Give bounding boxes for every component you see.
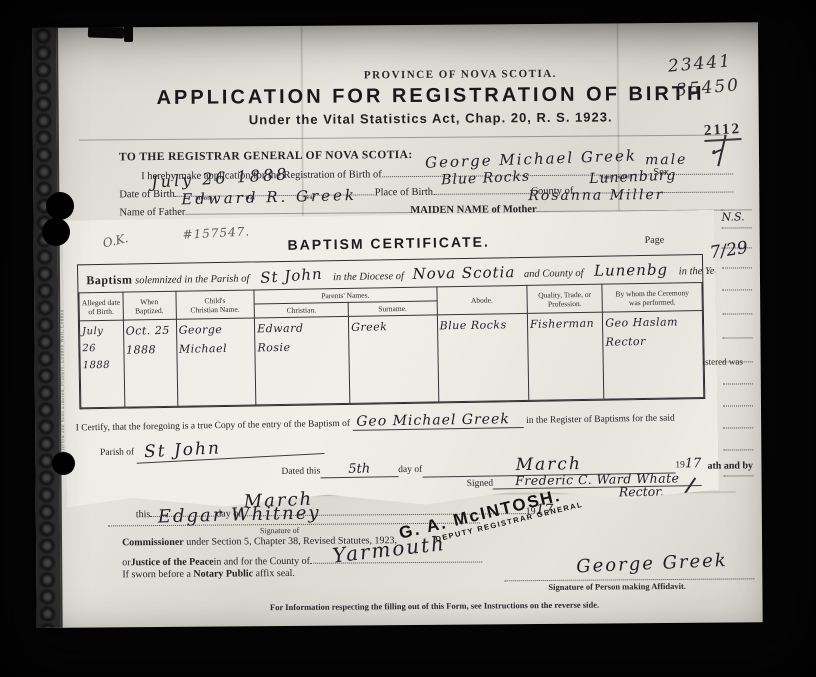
col-header-abode: Abode.	[436, 285, 527, 314]
solemnized-text: solemnized in the Parish of	[135, 274, 249, 287]
punch-hole	[42, 218, 70, 246]
cell-quality: Fisherman	[527, 312, 604, 400]
mother-value-handwriting: Rosanna Miller	[528, 187, 664, 204]
commissioner-bold: Commissioner	[122, 537, 184, 548]
baptism-word: Baptism	[86, 272, 132, 287]
signed-label: Signed	[467, 479, 494, 489]
punch-hole	[52, 452, 75, 475]
affidavit-caption: Signature of Person making Affidavit.	[548, 581, 686, 592]
edge-fragment-ns: N.S.	[721, 210, 744, 223]
form-header: PROVINCE OF NOVA SCOTIA. APPLICATION FOR…	[120, 66, 740, 128]
certify-prefix: I Certify, that the foregoing is a true …	[76, 419, 350, 434]
certificate-box: Baptism solemnized in the Parish of St J…	[77, 254, 705, 409]
col-header-when-baptized: When Baptized.	[123, 291, 176, 320]
ink-blot	[124, 24, 133, 42]
affidavit-signature-handwriting: George Greek	[576, 550, 728, 577]
rector-handwriting: Rector.	[619, 484, 664, 500]
edge-fragment-registered: istered was	[703, 356, 743, 366]
col-header-child-name: Child's Christian Name.	[176, 290, 255, 319]
county-of-label: and County of	[524, 268, 584, 280]
certificate-title: BAPTISM CERTIFICATE.	[63, 230, 715, 257]
punch-hole	[46, 192, 74, 220]
form-subtitle: Under the Vital Statistics Act, Chap. 20…	[121, 108, 741, 128]
edge-fragment-number: 7/29	[709, 238, 750, 263]
col-header-by-whom: By whom the Ceremony was performed.	[602, 283, 702, 313]
application-form-paper: Waterlow and Sons Limited, Printers, Lon…	[32, 22, 763, 628]
signed-name-handwriting: Frederic C. Ward Whate	[493, 470, 702, 489]
cell-abode: Blue Rocks	[437, 313, 529, 401]
year-printed: 19	[675, 460, 685, 470]
binding-edge-texture	[32, 28, 63, 628]
header-rule	[79, 135, 727, 141]
diocese-handwriting: Nova Scotia	[412, 263, 515, 283]
signed-line: Signed Frederic C. Ward Whate	[467, 470, 702, 490]
this-label: this	[136, 509, 151, 520]
cell-surname: Greek	[348, 315, 438, 403]
dated-day-handwriting: 5th	[320, 461, 398, 478]
parish-handwriting: St John	[259, 265, 323, 287]
col-header-quality: Quality, Trade, or Profession.	[527, 284, 603, 313]
col-header-surname: Surname.	[348, 301, 437, 316]
col-header-alleged-date: Alleged date of Birth.	[79, 292, 123, 321]
year-label-text: in the Year	[679, 266, 724, 278]
registrar-heading: TO THE REGISTRAR GENERAL OF NOVA SCOTIA:	[119, 149, 413, 163]
cell-by-whom: Geo Haslam Rector	[603, 311, 704, 400]
certify-line: I Certify, that the foregoing is a true …	[76, 408, 710, 436]
certify-name-handwriting: Geo Michael Greek	[352, 411, 524, 431]
cell-when-baptized: Oct. 25 1888	[123, 319, 177, 407]
baptism-certificate-sheet: O.K. #157547. BAPTISM CERTIFICATE. Page …	[62, 210, 719, 511]
jp-rest: in and for the County of	[214, 556, 310, 568]
notary-line: If sworn before a Notary Public affix se…	[122, 568, 295, 580]
notary-pre: If sworn before a	[122, 569, 193, 581]
registration-number-stamp: 2112	[704, 121, 742, 142]
father-label: Name of Father	[119, 207, 185, 219]
cell-father-christian: Edward Rosie	[254, 316, 349, 405]
dated-label: Dated this	[281, 466, 320, 477]
page-title: APPLICATION FOR REGISTRATION OF BIRTH	[120, 82, 740, 110]
dated-year-handwriting: 17	[685, 456, 702, 471]
scanned-document-photo: Waterlow and Sons Limited, Printers, Lon…	[0, 0, 816, 677]
edge-fragment-oath: ath and by	[707, 460, 753, 471]
province-line: PROVINCE OF NOVA SCOTIA.	[180, 66, 740, 82]
sex-value-handwriting: male	[645, 152, 688, 168]
dayof-label: day of	[398, 465, 422, 475]
cell-child-name: George Michael	[176, 318, 256, 406]
parish-label: Parish of	[100, 447, 134, 458]
footer-instructions: For Information respecting the filling o…	[185, 599, 685, 613]
page-label: Page	[645, 235, 665, 246]
jp-bold: Justice of the Peace	[131, 557, 214, 569]
cell-alleged-date: July 26 1888	[79, 320, 124, 408]
baptism-register-table: Alleged date of Birth. When Baptized. Ch…	[78, 282, 704, 408]
jp-pre: or	[122, 557, 130, 568]
ink-blot	[88, 26, 124, 38]
parish-line: Parish of St John	[100, 436, 325, 461]
notary-rest: affix seal.	[253, 568, 295, 579]
table-row: July 26 1888 Oct. 25 1888 George Michael…	[79, 311, 703, 408]
county-handwriting: Lunenbg	[594, 261, 668, 280]
signature-caption: Signature of	[260, 526, 299, 535]
certify-suffix: in the Register of Baptisms for the said	[526, 413, 675, 425]
pob-label: Place of Birth	[375, 187, 433, 198]
diocese-label: in the Diocese of	[333, 271, 404, 283]
notary-bold: Notary Public	[193, 568, 253, 579]
